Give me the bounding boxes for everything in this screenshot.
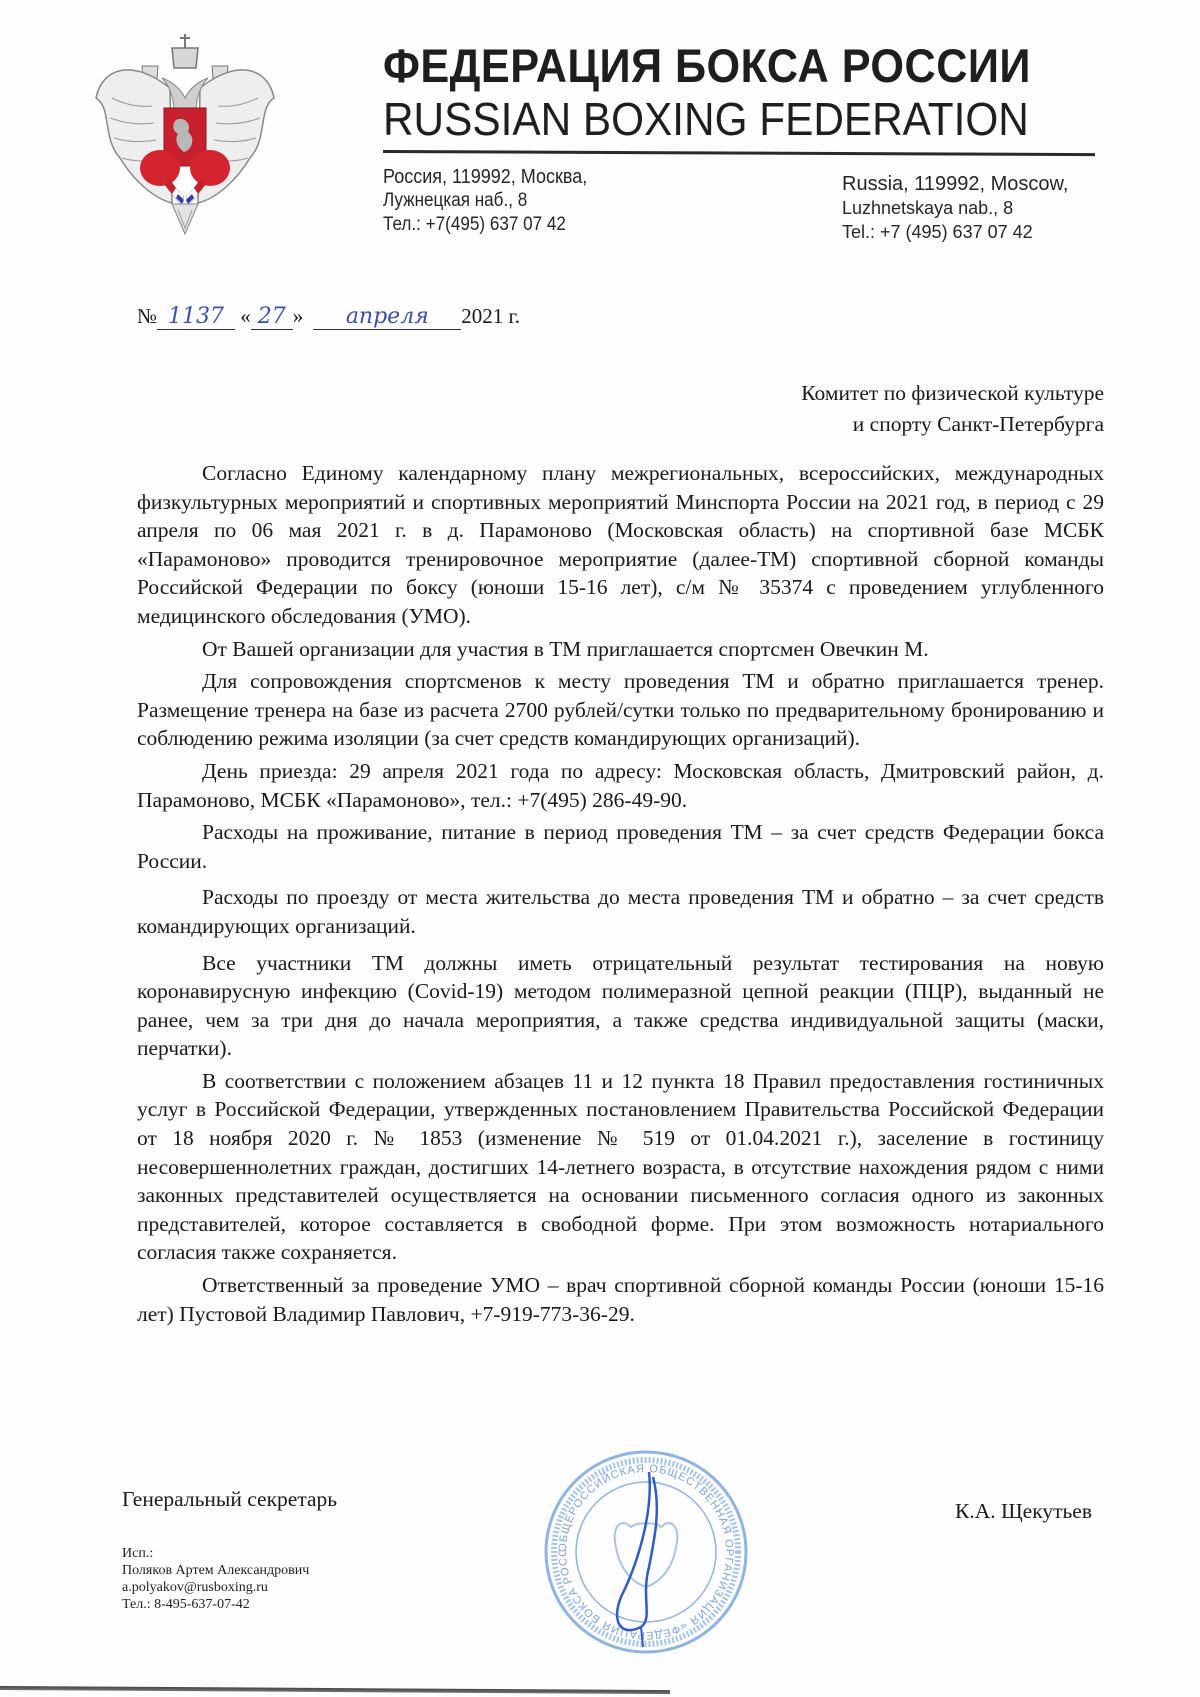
address-english: Russia, 119992, Moscow, Luzhnetskaya nab…	[842, 172, 1068, 244]
body-paragraph: Расходы на проживание, питание в период …	[137, 818, 1104, 875]
letter-body: Согласно Единому календарному плану межр…	[137, 459, 1104, 1332]
header-divider	[383, 150, 1095, 156]
address-en-line2: Luzhnetskaya nab., 8	[842, 196, 1068, 220]
signatory-name: К.А. Щекутьев	[955, 1499, 1092, 1524]
signatory-title: Генеральный секретарь	[122, 1487, 337, 1512]
year: 2021 г.	[461, 304, 520, 328]
handwritten-day: 27	[251, 304, 293, 330]
executor-block: Исп.: Поляков Артем Александрович a.poly…	[122, 1545, 309, 1613]
address-en-line1: Russia, 119992, Moscow,	[842, 172, 1068, 196]
executor-email: a.polyakov@rusboxing.ru	[122, 1579, 309, 1596]
body-paragraph: От Вашей организации для участия в ТМ пр…	[137, 635, 1104, 664]
body-paragraph: В соответствии с положением абзацев 11 и…	[137, 1067, 1104, 1267]
stamp-text: ОБЩЕРОССИЙСКАЯ ОБЩЕСТВЕННАЯ ОРГАНИЗАЦИЯ …	[541, 1447, 735, 1641]
number-sign: №	[137, 304, 157, 328]
quote-close: »	[293, 304, 304, 328]
addressee-line2: и спорту Санкт-Петербурга	[801, 409, 1104, 440]
executor-name: Поляков Артем Александрович	[122, 1562, 309, 1579]
addressee-line1: Комитет по физической культуре	[801, 378, 1104, 409]
scan-edge-line	[0, 1686, 670, 1694]
address-en-phone: Tel.: +7 (495) 637 07 42	[842, 220, 1068, 244]
reference-line: №1137 «27»апреля2021 г.	[137, 304, 520, 330]
body-paragraph: Согласно Единому календарному плану межр…	[137, 459, 1104, 631]
body-paragraph: Расходы по проезду от места жительства д…	[137, 883, 1104, 940]
federation-emblem-icon	[92, 28, 278, 242]
round-seal-stamp-icon: ОБЩЕРОССИЙСКАЯ ОБЩЕСТВЕННАЯ ОРГАНИЗАЦИЯ …	[541, 1447, 751, 1657]
address-ru-phone: Тел.: +7(495) 637 07 42	[383, 213, 587, 237]
body-paragraph: Все участники ТМ должны иметь отрицатель…	[137, 949, 1104, 1063]
body-paragraph: День приезда: 29 апреля 2021 года по адр…	[137, 757, 1104, 814]
executor-phone: Тел.: 8-495-637-07-42	[122, 1596, 309, 1613]
executor-label: Исп.:	[122, 1545, 309, 1562]
svg-text:ОБЩЕРОССИЙСКАЯ ОБЩЕСТВЕННАЯ ОР: ОБЩЕРОССИЙСКАЯ ОБЩЕСТВЕННАЯ ОРГАНИЗАЦИЯ …	[541, 1447, 735, 1641]
address-russian: Россия, 119992, Москва, Лужнецкая наб., …	[383, 165, 587, 237]
address-ru-line1: Россия, 119992, Москва,	[383, 165, 587, 189]
body-paragraph: Ответственный за проведение УМО – врач с…	[137, 1271, 1104, 1328]
handwritten-reference-number: 1137	[157, 304, 235, 330]
org-name-english: RUSSIAN BOXING FEDERATION	[383, 92, 1029, 146]
address-ru-line2: Лужнецкая наб., 8	[383, 189, 587, 213]
quote-open: «	[240, 304, 251, 328]
handwritten-month: апреля	[313, 304, 461, 330]
body-paragraph: Для сопровождения спортсменов к месту пр…	[137, 667, 1104, 753]
org-name-russian: ФЕДЕРАЦИЯ БОКСА РОССИИ	[383, 38, 1031, 93]
addressee-block: Комитет по физической культуре и спорту …	[801, 378, 1104, 440]
